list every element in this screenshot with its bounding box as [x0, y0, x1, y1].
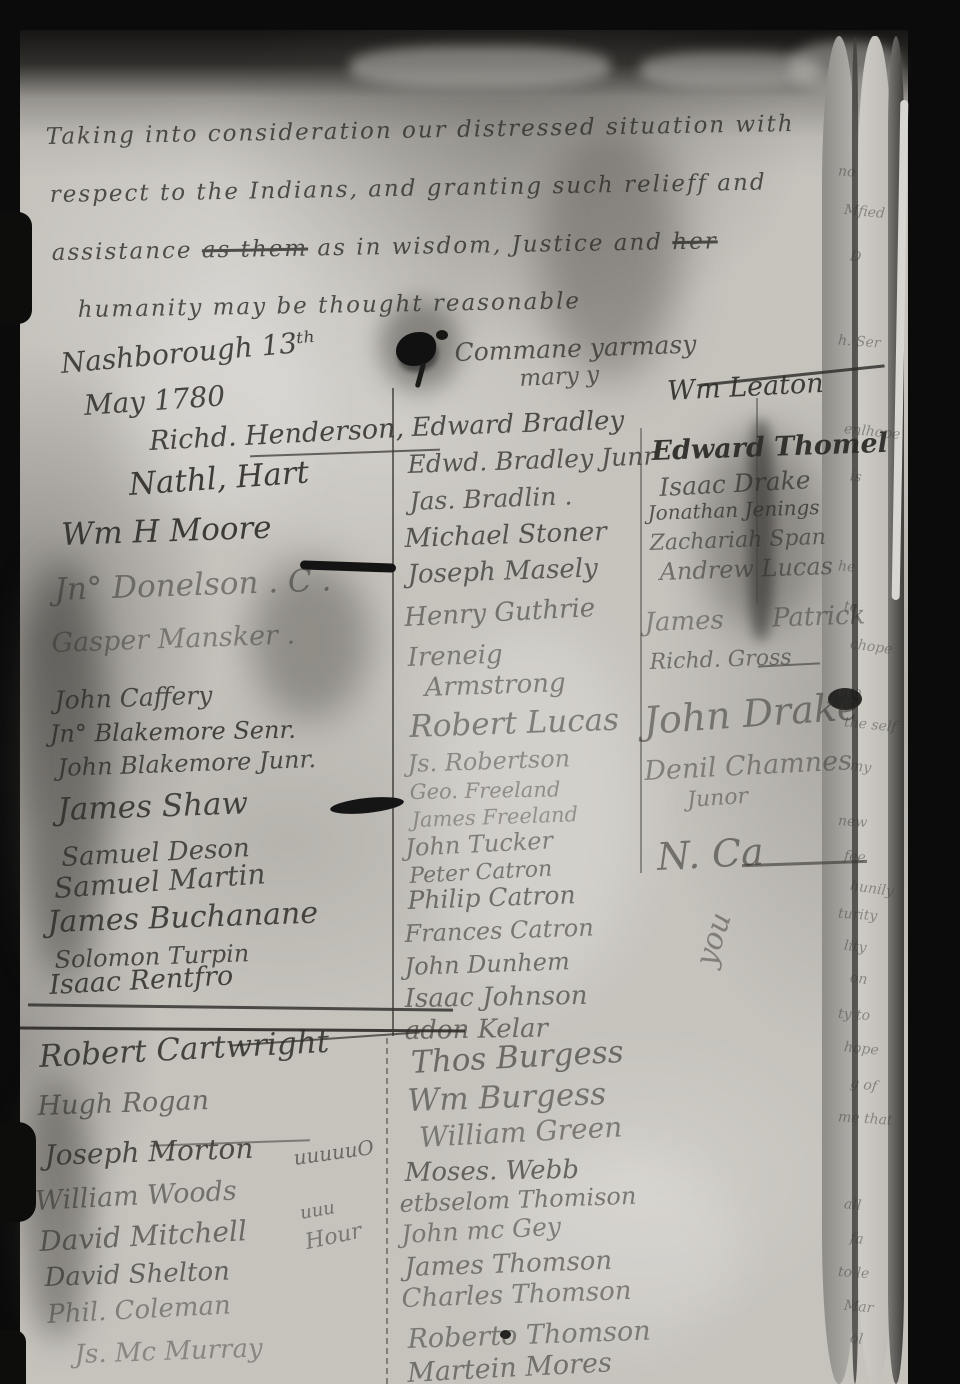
- edge-fragment: on: [849, 971, 868, 987]
- signature: Charles Thomson: [401, 1278, 632, 1312]
- signature: Robert Lucas: [409, 705, 620, 743]
- signature: Roberto Thomson: [407, 1318, 651, 1353]
- edge-fragment: te: [843, 599, 858, 614]
- signature: Isaac Johnson: [405, 983, 588, 1012]
- signature: Gasper Mansker .: [51, 622, 295, 657]
- signature: Wm Burgess: [407, 1079, 607, 1117]
- edge-fragment: no: [838, 164, 856, 179]
- column-divider-dashed: [386, 1038, 388, 1384]
- signature: Ireneig: [407, 642, 503, 671]
- signature: James Patrick: [644, 602, 866, 636]
- signature: Geo. Freeland: [410, 779, 561, 803]
- signature: Js. Mc Murray: [74, 1335, 263, 1368]
- edge-fragment: hope: [843, 1040, 879, 1058]
- signature: Richd. Gross: [649, 647, 792, 674]
- photo-border-left-tab: [0, 212, 32, 324]
- signature: Jas. Bradlin .: [409, 483, 573, 514]
- signature: Jn° Blakemore Senr.: [50, 718, 297, 746]
- photo-border-left-bump: [0, 1122, 36, 1222]
- column-divider-vertical: [392, 388, 394, 1036]
- edge-fragment: D: [849, 249, 862, 264]
- edge-fragment: to le: [838, 1265, 870, 1281]
- signature: Hugh Rogan: [37, 1087, 209, 1120]
- torn-edge-strip: [858, 36, 892, 1384]
- struck-word: her: [672, 228, 718, 255]
- signature: Andrew Lucas: [659, 554, 833, 584]
- edge-fragment: new: [838, 814, 868, 830]
- edge-fragment: fa: [849, 1231, 864, 1247]
- edge-fragment: me that: [838, 1110, 893, 1128]
- edge-fragment: ty to: [838, 1007, 871, 1023]
- signature: David Shelton: [44, 1259, 230, 1291]
- signature: Wm H Moore: [61, 513, 272, 551]
- edge-fragment: Mar: [843, 1299, 874, 1316]
- manuscript-photo: Taking into consideration our distressed…: [0, 0, 960, 1384]
- signature: Joseph Morton: [44, 1135, 254, 1170]
- edge-fragment: lity: [843, 939, 867, 955]
- signature: Junor: [686, 786, 748, 812]
- ink-blot-small: [436, 330, 448, 340]
- edge-fragment: fee: [843, 849, 866, 865]
- signature: N. Ca: [656, 832, 765, 876]
- signature: Philip Catron: [407, 882, 576, 913]
- edge-fragment: h. Ser: [838, 334, 881, 351]
- signature: Michael Stoner: [404, 519, 607, 552]
- signature: Wm Leaton: [667, 370, 825, 405]
- signature: Joseph Masely: [407, 555, 598, 588]
- edge-fragment: my: [849, 759, 872, 776]
- signature: Moses. Webb: [405, 1157, 580, 1186]
- column-divider-right: [640, 428, 642, 873]
- edge-fragment: all: [843, 1197, 862, 1213]
- signature: John Dunhem: [404, 949, 570, 979]
- edge-fragment: turity: [838, 907, 878, 924]
- edge-fragment: he: [838, 559, 856, 574]
- struck-word: as them: [202, 236, 309, 264]
- signature: Js. Robertson: [407, 746, 570, 776]
- signature: James Freeland: [411, 804, 578, 831]
- signature: Edward Bradley: [411, 408, 625, 441]
- signature: Frances Catron: [404, 915, 594, 946]
- edge-fragment: is: [849, 469, 863, 484]
- middle-header-scrawl: mary y: [519, 364, 600, 391]
- signature: John Caffery: [54, 683, 213, 713]
- signature: James Thomson: [404, 1248, 612, 1281]
- signature: James Shaw: [57, 788, 249, 826]
- edge-fragment: g of: [849, 1076, 878, 1094]
- signature: John Tucker: [405, 828, 554, 860]
- body-text: assistance: [52, 237, 202, 266]
- signature: Jonathan Jenings: [647, 497, 820, 523]
- photo-border-left-corner: [0, 1330, 26, 1384]
- edge-fragment: ol: [849, 1331, 864, 1347]
- signature: Zachariah Span: [649, 527, 826, 555]
- edge-fragment: Mfied: [843, 203, 885, 221]
- edge-fragment: ero: [838, 684, 862, 700]
- signature: Armstrong: [424, 670, 566, 701]
